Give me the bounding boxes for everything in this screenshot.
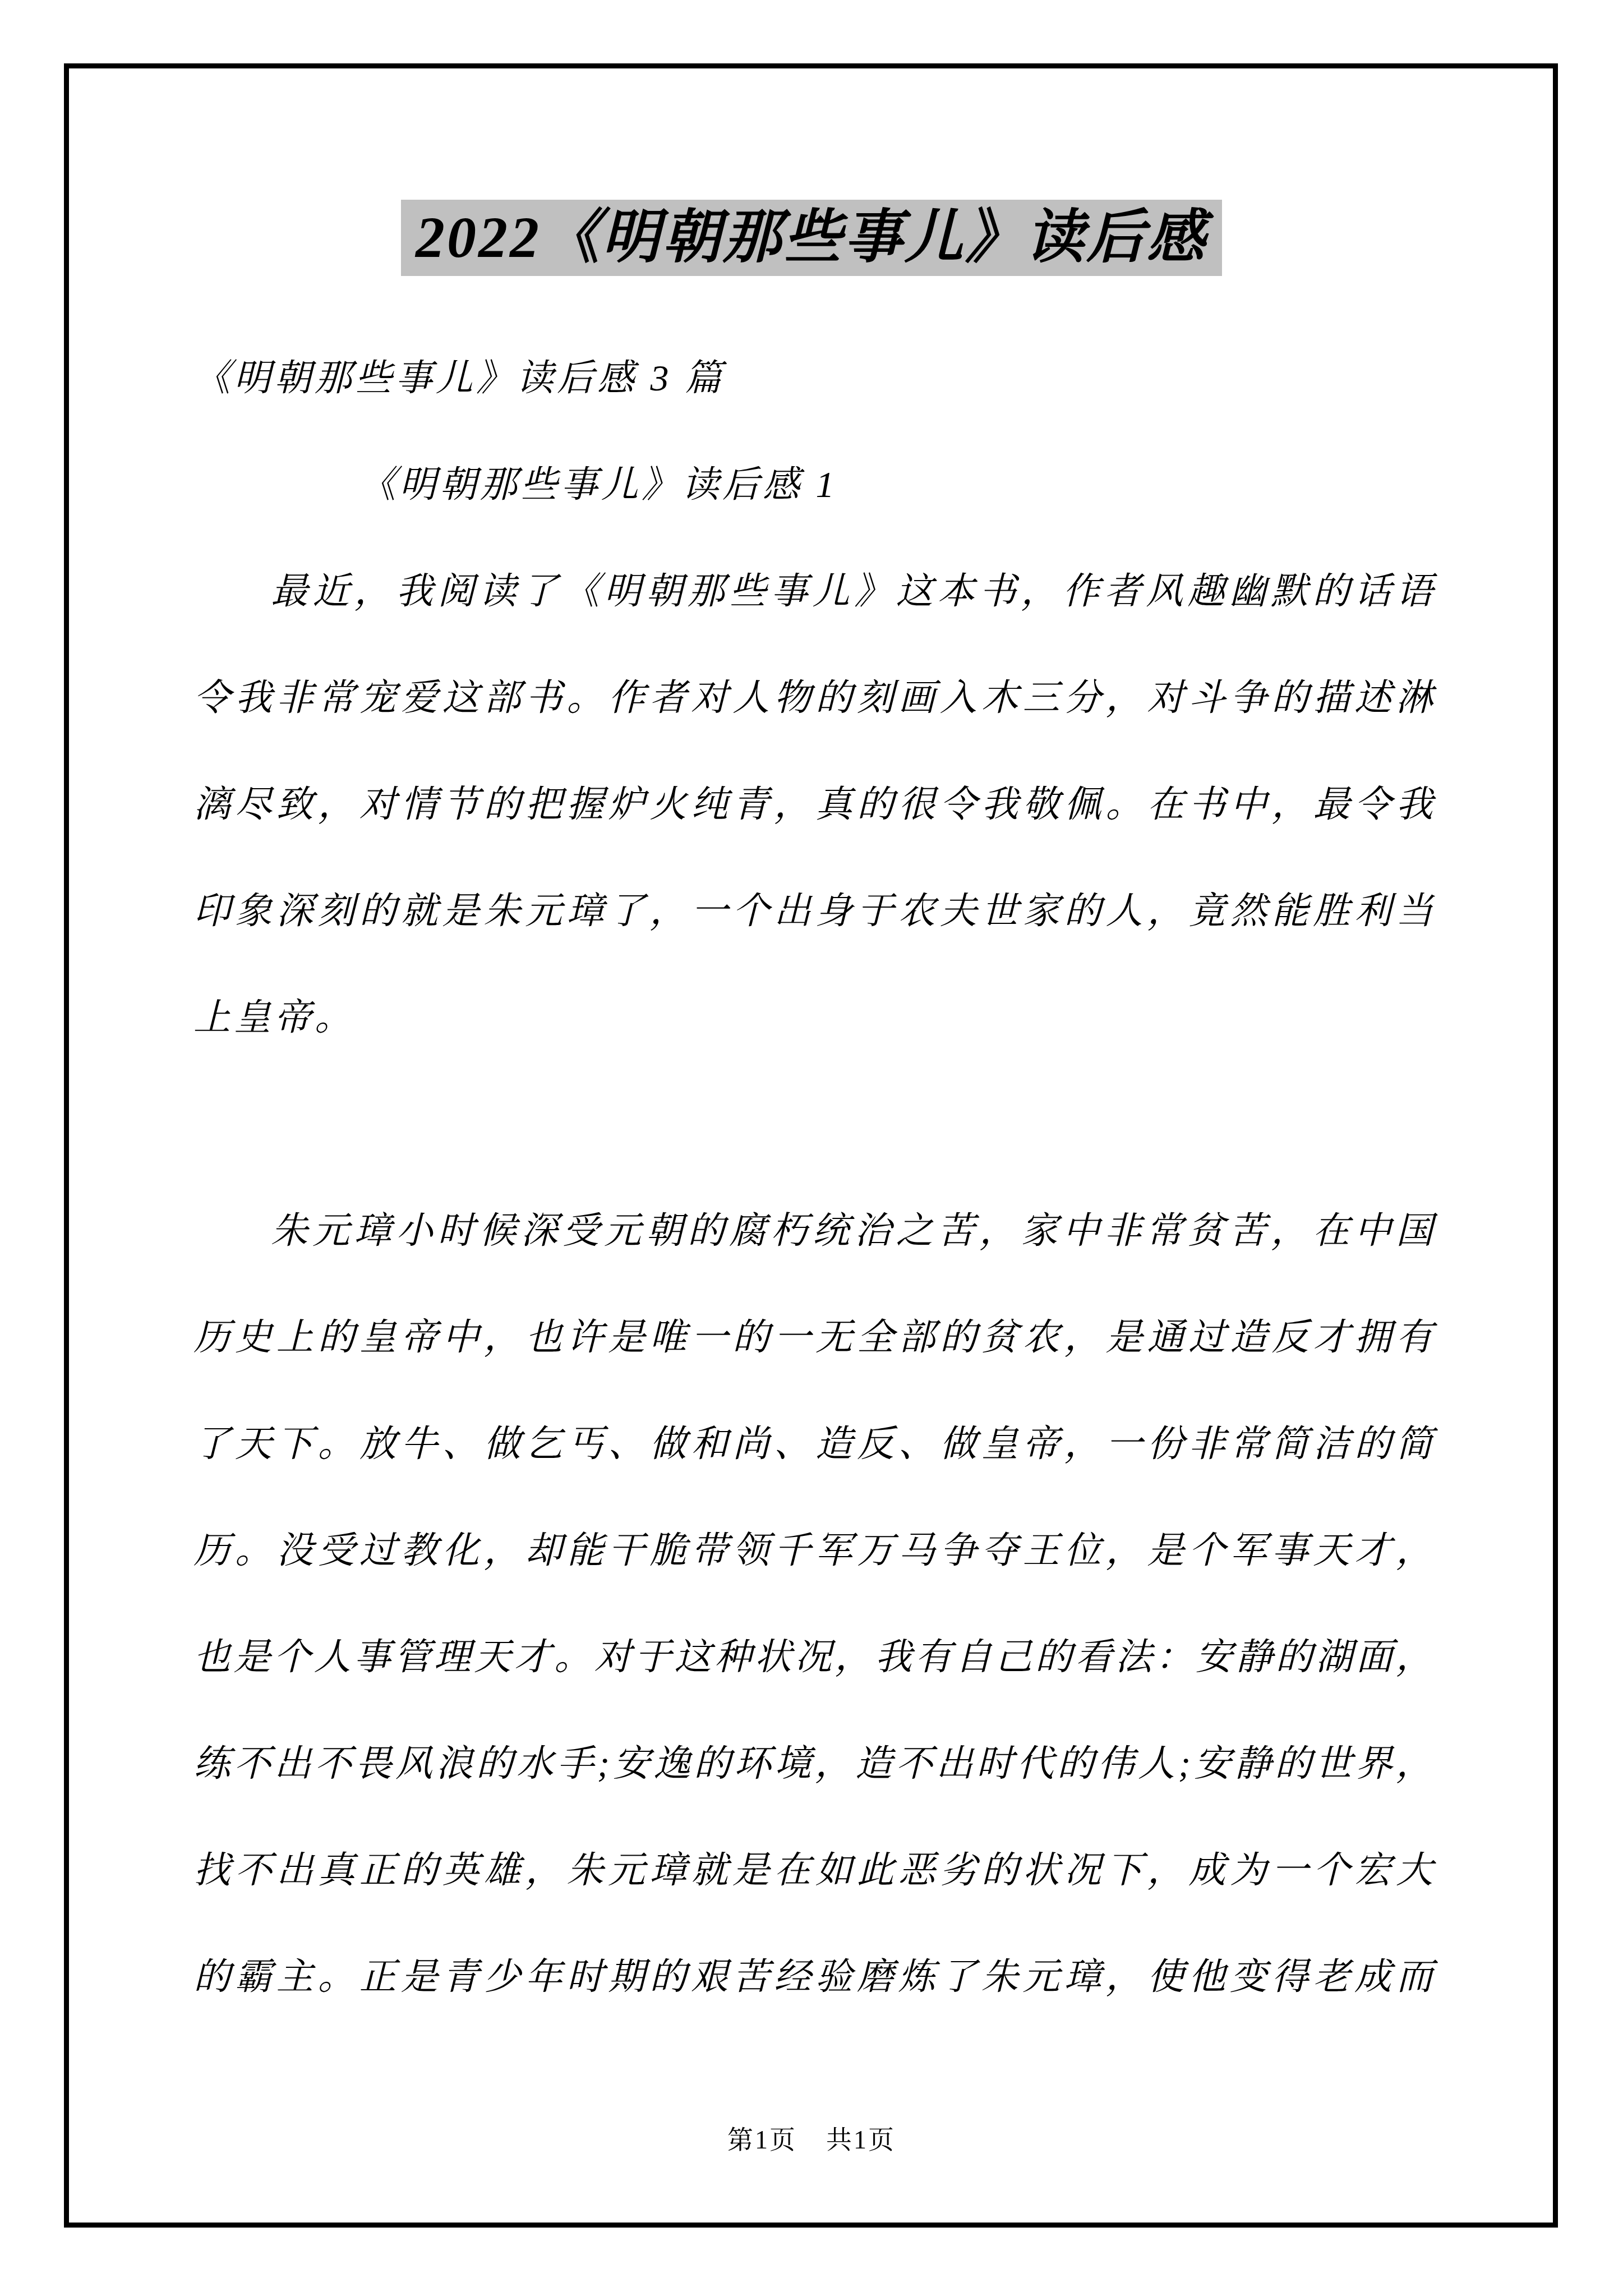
body-line: 练不出不畏风浪的水手;安逸的环境，造不出时代的伟人;安静的世界， — [193, 1711, 1433, 1818]
body-line: 朱元璋小时候深受元朝的腐朽统治之苦，家中非常贫苦，在中国 — [193, 1178, 1433, 1285]
page-number-label: 第1页 — [727, 2125, 797, 2154]
body-line: 也是个人事管理天才。对于这种状况，我有自己的看法：安静的湖面， — [193, 1604, 1433, 1711]
page-total-label: 共1页 — [826, 2125, 896, 2154]
document-title: 2022《明朝那些事儿》读后感 — [401, 200, 1222, 276]
body-line: 历史上的皇帝中，也许是唯一的一无全部的贫农，是通过造反才拥有 — [193, 1285, 1433, 1391]
document-page: 2022《明朝那些事儿》读后感 《明朝那些事儿》读后感 3 篇 《明朝那些事儿》… — [0, 0, 1623, 2296]
body-line: 历。没受过教化，却能干脆带领千军万马争夺王位，是个军事天才， — [193, 1498, 1433, 1604]
document-body: 《明朝那些事儿》读后感 3 篇 《明朝那些事儿》读后感 1 最近，我阅读了《明朝… — [193, 325, 1433, 2031]
body-line: 《明朝那些事儿》读后感 3 篇 — [193, 325, 1433, 432]
body-line: 找不出真正的英雄，朱元璋就是在如此恶劣的状况下，成为一个宏大 — [193, 1818, 1433, 1924]
body-line: 令我非常宠爱这部书。作者对人物的刻画入木三分，对斗争的描述淋 — [193, 645, 1433, 752]
body-line: 上皇帝。 — [193, 965, 1433, 1071]
body-line: 的霸主。正是青少年时期的艰苦经验磨炼了朱元璋，使他变得老成而 — [193, 1924, 1433, 2031]
body-line: 了天下。放牛、做乞丐、做和尚、造反、做皇帝，一份非常简洁的简 — [193, 1391, 1433, 1498]
body-line: 印象深刻的就是朱元璋了，一个出身于农夫世家的人，竟然能胜利当 — [193, 858, 1433, 965]
body-line: 漓尽致，对情节的把握炉火纯青，真的很令我敬佩。在书中，最令我 — [193, 752, 1433, 858]
body-line-subheading: 《明朝那些事儿》读后感 1 — [193, 432, 1433, 539]
title-row: 2022《明朝那些事儿》读后感 — [0, 200, 1623, 276]
body-line-blank — [193, 1071, 1433, 1178]
body-line: 最近，我阅读了《明朝那些事儿》这本书，作者风趣幽默的话语 — [193, 539, 1433, 645]
page-footer: 第1页共1页 — [0, 2120, 1623, 2160]
